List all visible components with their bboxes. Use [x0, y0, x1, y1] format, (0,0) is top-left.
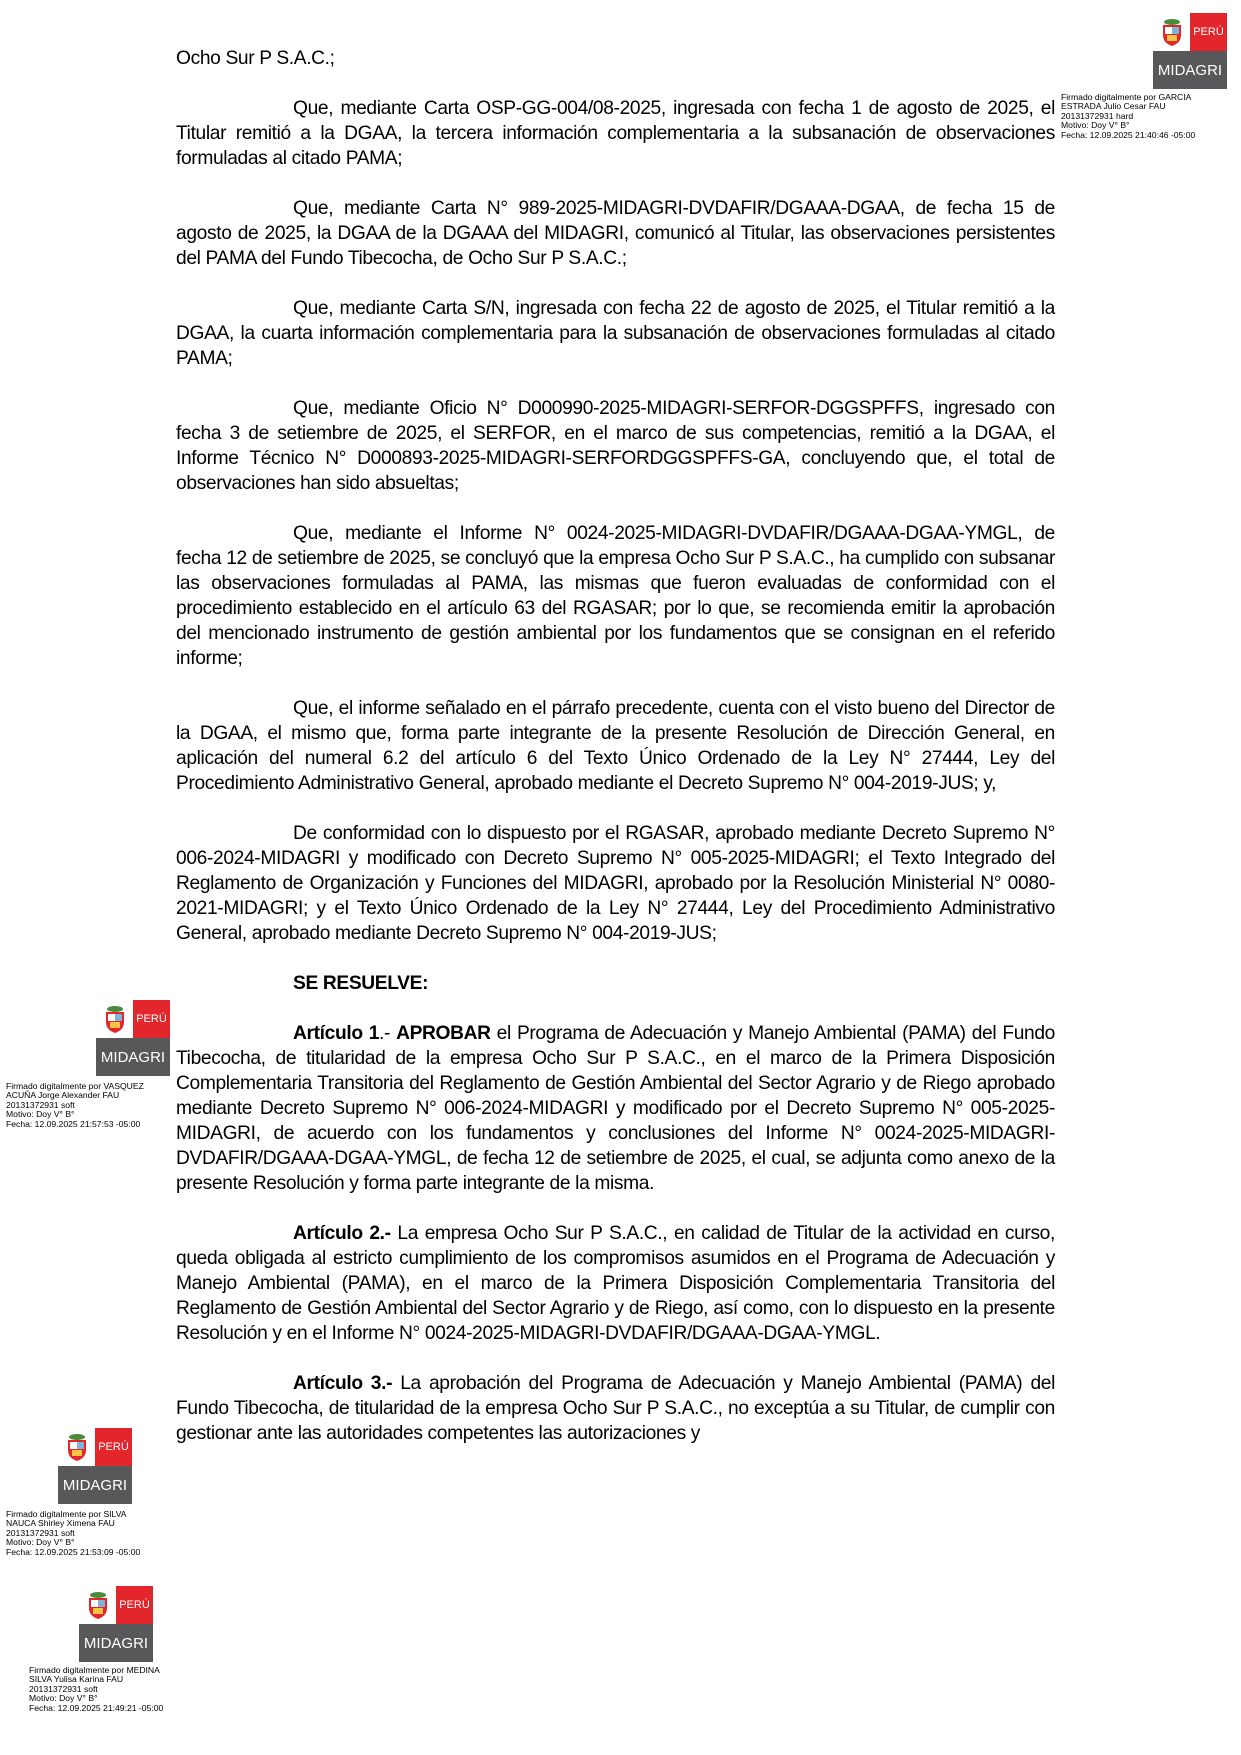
article-3-label: Artículo 3.-: [293, 1373, 392, 1394]
paragraph-carta-osp: Que, mediante Carta OSP-GG-004/08-2025, …: [176, 96, 1055, 171]
midagri-label: MIDAGRI: [58, 1466, 132, 1504]
signature-date: Fecha: 12.09.2025 21:40:46 -05:00: [1061, 131, 1227, 140]
signature-text: Firmado digitalmente por SILVA NAUCA Shi…: [6, 1510, 140, 1557]
paragraph-oficio-serfor: Que, mediante Oficio N° D000990-2025-MID…: [176, 396, 1055, 496]
midagri-logo: PERÚ MIDAGRI: [1153, 13, 1227, 89]
article-1-verb: APROBAR: [396, 1023, 491, 1044]
paragraph-carta-989: Que, mediante Carta N° 989-2025-MIDAGRI-…: [176, 196, 1055, 271]
article-1: Artículo 1.- APROBAR el Programa de Adec…: [176, 1021, 1055, 1196]
article-1-label-suffix: .-: [379, 1023, 396, 1044]
signature-stamp-silva[interactable]: PERÚ MIDAGRI Firmado digitalmente por SI…: [6, 1428, 140, 1557]
peru-label: PERÚ: [116, 1586, 153, 1624]
article-3: Artículo 3.- La aprobación del Programa …: [176, 1371, 1055, 1446]
midagri-label: MIDAGRI: [96, 1038, 170, 1076]
article-1-label: Artículo 1: [293, 1023, 379, 1044]
peru-label: PERÚ: [1190, 13, 1227, 51]
peru-label: PERÚ: [133, 1000, 170, 1038]
article-1-text: el Programa de Adecuación y Manejo Ambie…: [176, 1023, 1055, 1194]
midagri-label: MIDAGRI: [79, 1624, 153, 1662]
coat-of-arms-icon: [58, 1428, 95, 1466]
paragraph-de-conformidad: De conformidad con lo dispuesto por el R…: [176, 821, 1055, 946]
midagri-logo: PERÚ MIDAGRI: [96, 1000, 170, 1076]
signature-text: Firmado digitalmente por VASQUEZ ACUÑA J…: [6, 1082, 170, 1129]
document-body: Ocho Sur P S.A.C.; Que, mediante Carta O…: [176, 46, 1055, 1471]
signature-stamp-garcia[interactable]: PERÚ MIDAGRI Firmado digitalmente por GA…: [1061, 13, 1227, 140]
paragraph-carta-sn: Que, mediante Carta S/N, ingresada con f…: [176, 296, 1055, 371]
midagri-label: MIDAGRI: [1153, 51, 1227, 89]
article-2-label: Artículo 2.-: [293, 1223, 391, 1244]
peru-label: PERÚ: [95, 1428, 132, 1466]
signature-date: Fecha: 12.09.2025 21:53:09 -05:00: [6, 1548, 140, 1557]
paragraph-informe-0024: Que, mediante el Informe N° 0024-2025-MI…: [176, 521, 1055, 671]
coat-of-arms-icon: [1153, 13, 1190, 51]
midagri-logo: PERÚ MIDAGRI: [58, 1428, 132, 1504]
coat-of-arms-icon: [79, 1586, 116, 1624]
signature-text: Firmado digitalmente por MEDINA SILVA Yu…: [29, 1666, 163, 1713]
paragraph-visto-bueno: Que, el informe señalado en el párrafo p…: [176, 696, 1055, 796]
paragraph-company-continuation: Ocho Sur P S.A.C.;: [176, 46, 1055, 71]
signature-text: Firmado digitalmente por GARCIA ESTRADA …: [1061, 93, 1227, 140]
midagri-logo: PERÚ MIDAGRI: [79, 1586, 153, 1662]
resolve-heading: SE RESUELVE:: [176, 971, 1055, 996]
signature-stamp-medina[interactable]: PERÚ MIDAGRI Firmado digitalmente por ME…: [29, 1586, 163, 1713]
signature-stamp-vasquez[interactable]: PERÚ MIDAGRI Firmado digitalmente por VA…: [6, 1000, 170, 1129]
article-2: Artículo 2.- La empresa Ocho Sur P S.A.C…: [176, 1221, 1055, 1346]
signature-date: Fecha: 12.09.2025 21:49:21 -05:00: [29, 1704, 163, 1713]
signature-date: Fecha: 12.09.2025 21:57:53 -05:00: [6, 1120, 170, 1129]
coat-of-arms-icon: [96, 1000, 133, 1038]
